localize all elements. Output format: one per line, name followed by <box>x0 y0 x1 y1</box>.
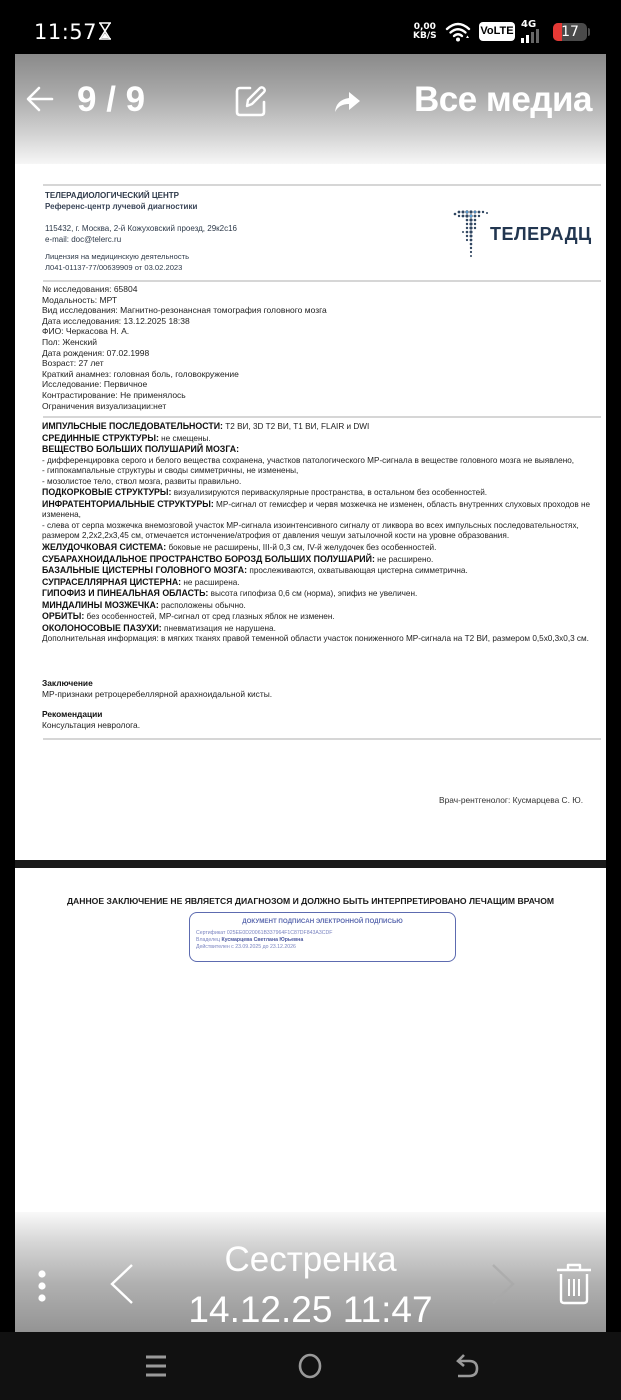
status-bar: 11:57 0,00 KB/S VoLTE 4G 17 <box>0 0 621 54</box>
finding-line: - дифференцировка серого и белого вещест… <box>42 456 602 467</box>
signal-icon: 4G <box>521 19 543 43</box>
finding-line: ПОДКОРКОВЫЕ СТРУКТУРЫ: визуализируются п… <box>42 487 602 499</box>
divider <box>43 416 601 418</box>
findings-section: ИМПУЛЬСНЫЕ ПОСЛЕДОВАТЕЛЬНОСТИ: Т2 ВИ, 3D… <box>42 421 602 645</box>
wifi-icon <box>445 22 471 42</box>
finding-line: СУПРАСЕЛЛЯРНАЯ ЦИСТЕРНА: не расширена. <box>42 577 602 589</box>
back-icon[interactable] <box>452 1352 480 1380</box>
conclusion-section: Заключение МР-признаки ретроцеребеллярно… <box>42 678 272 730</box>
home-icon[interactable] <box>296 1352 324 1380</box>
divider <box>43 184 601 186</box>
e-signature-stamp: ДОКУМЕНТ ПОДПИСАН ЭЛЕКТРОННОЙ ПОДПИСЬЮ С… <box>189 912 456 962</box>
finding-line: МИНДАЛИНЫ МОЗЖЕЧКА: расположены обычно. <box>42 600 602 612</box>
all-media-button[interactable]: Все медиа <box>414 80 592 120</box>
org-address: 115432, г. Москва, 2-й Кожуховский проез… <box>45 224 237 245</box>
image-counter: 9 / 9 <box>77 80 145 120</box>
next-arrow-icon[interactable] <box>488 1262 518 1306</box>
finding-line: - мозолистое тело, ствол мозга, развиты … <box>42 477 602 488</box>
finding-line: ГИПОФИЗ И ПИНЕАЛЬНАЯ ОБЛАСТЬ: высота гип… <box>42 588 602 600</box>
hourglass-icon <box>98 22 112 40</box>
status-time: 11:57 <box>34 20 97 44</box>
finding-line: - гиппокампальные структуры и своды симм… <box>42 466 602 477</box>
finding-line: Дополнительная информация: в мягких ткан… <box>42 634 602 645</box>
telerad-logo: ТЕЛЕРАДЦ <box>452 206 606 260</box>
org-license: Лицензия на медицинскую деятельность Л04… <box>45 252 189 273</box>
edit-icon[interactable] <box>234 84 268 118</box>
finding-line: ИНФРАТЕНТОРИАЛЬНЫЕ СТРУКТУРЫ: МР-сигнал … <box>42 499 602 521</box>
finding-line: БАЗАЛЬНЫЕ ЦИСТЕРНЫ ГОЛОВНОГО МОЗГА: прос… <box>42 565 602 577</box>
logo-dots-icon <box>452 206 492 260</box>
viewer-top-bar: 9 / 9 Все медиа <box>15 54 606 164</box>
system-nav-bar <box>0 1332 621 1400</box>
net-speed: 0,00 KB/S <box>413 23 437 41</box>
battery-icon: 17 <box>553 23 587 41</box>
doctor-signature: Врач-рентгенолог: Кусмарцева С. Ю. <box>439 795 583 805</box>
share-icon[interactable] <box>333 90 361 114</box>
org-header: ТЕЛЕРАДИОЛОГИЧЕСКИЙ ЦЕНТР Референс-центр… <box>45 191 197 212</box>
recents-icon[interactable] <box>142 1352 170 1380</box>
battery-tip <box>588 28 590 36</box>
patient-info: № исследования: 65804 Модальность: МРТ В… <box>42 284 327 411</box>
finding-line: ОКОЛОНОСОВЫЕ ПАЗУХИ: пневматизация не на… <box>42 623 602 635</box>
image-viewer[interactable]: ТЕЛЕРАДИОЛОГИЧЕСКИЙ ЦЕНТР Референс-центр… <box>15 54 606 1332</box>
back-arrow-icon[interactable] <box>25 84 55 114</box>
finding-line: СРЕДИННЫЕ СТРУКТУРЫ: не смещены. <box>42 433 602 445</box>
document-page-1: ТЕЛЕРАДИОЛОГИЧЕСКИЙ ЦЕНТР Референс-центр… <box>15 54 606 860</box>
finding-line: ЖЕЛУДОЧКОВАЯ СИСТЕМА: боковые не расшире… <box>42 542 602 554</box>
trash-icon[interactable] <box>555 1262 593 1306</box>
divider <box>43 280 601 282</box>
viewer-bottom-bar: Сестренка 14.12.25 11:47 <box>15 1212 606 1332</box>
volte-badge: VoLTE <box>479 22 515 41</box>
divider <box>43 738 601 740</box>
finding-line: - слева от серпа мозжечка внемозговой уч… <box>42 521 602 542</box>
finding-line: ИМПУЛЬСНЫЕ ПОСЛЕДОВАТЕЛЬНОСТИ: Т2 ВИ, 3D… <box>42 421 602 433</box>
finding-line: ВЕЩЕСТВО БОЛЬШИХ ПОЛУШАРИЙ МОЗГА: <box>42 444 602 456</box>
page-separator <box>15 860 606 868</box>
finding-line: ОРБИТЫ: без особенностей, МР-сигнал от с… <box>42 611 602 623</box>
disclaimer: ДАННОЕ ЗАКЛЮЧЕНИЕ НЕ ЯВЛЯЕТСЯ ДИАГНОЗОМ … <box>15 896 606 906</box>
finding-line: СУБАРАХНОИДАЛЬНОЕ ПРОСТРАНСТВО БОРОЗД БО… <box>42 554 602 566</box>
